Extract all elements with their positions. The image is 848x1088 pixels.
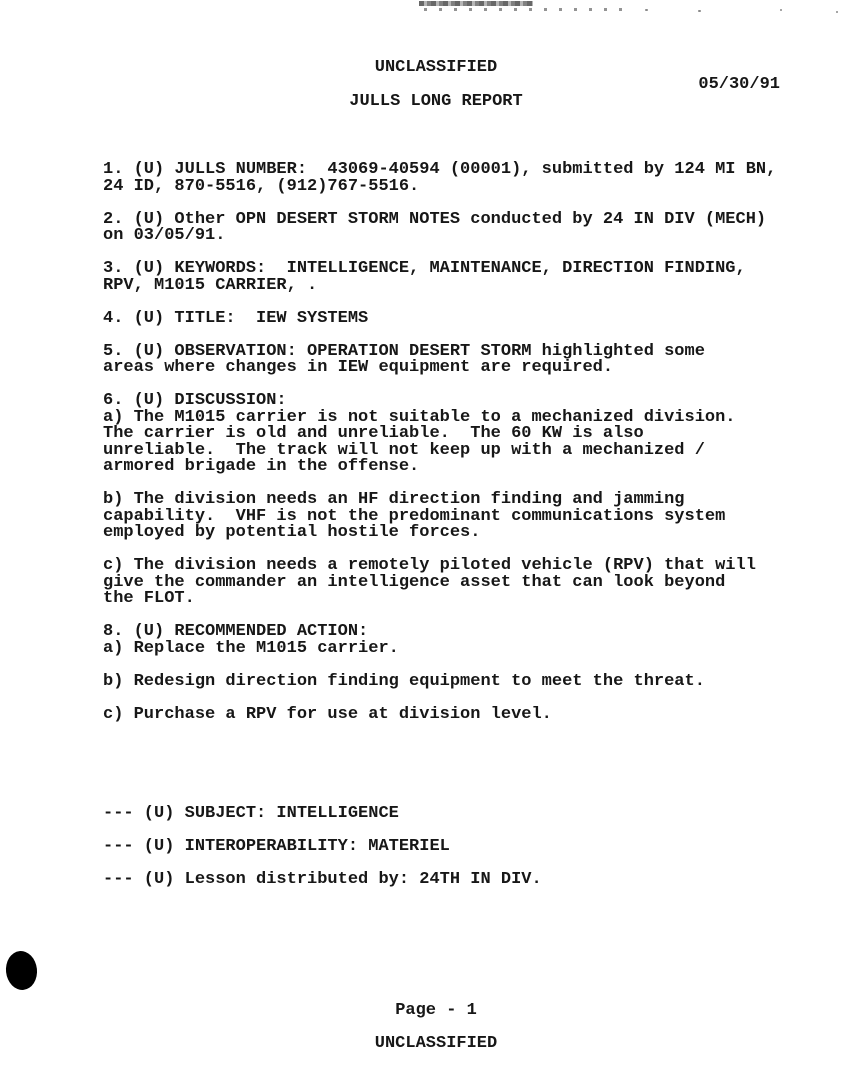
paragraph: 6. (U) DISCUSSION:a) The M1015 carrier i… <box>103 393 803 476</box>
report-title: JULLS LONG REPORT <box>97 94 775 111</box>
document-line: RPV, M1015 CARRIER, . <box>103 278 803 295</box>
document-body: 1. (U) JULLS NUMBER: 43069-40594 (00001)… <box>103 129 803 938</box>
paragraph: 5. (U) OBSERVATION: OPERATION DESERT STO… <box>103 344 803 377</box>
document-line: a) Replace the M1015 carrier. <box>103 641 803 658</box>
paragraph: c) The division needs a remotely piloted… <box>103 558 803 608</box>
paragraph: --- (U) Lesson distributed by: 24TH IN D… <box>103 872 803 889</box>
paragraph: 3. (U) KEYWORDS: INTELLIGENCE, MAINTENAN… <box>103 261 803 294</box>
document-line: on 03/05/91. <box>103 228 803 245</box>
document-line: b) Redesign direction finding equipment … <box>103 674 803 691</box>
paragraph: c) Purchase a RPV for use at division le… <box>103 707 803 724</box>
document-line: --- (U) Lesson distributed by: 24TH IN D… <box>103 872 803 889</box>
document-line: employed by potential hostile forces. <box>103 525 803 542</box>
document-line: --- (U) INTEROPERABILITY: MATERIEL <box>103 839 803 856</box>
scan-speck <box>836 11 838 13</box>
document-line: give the commander an intelligence asset… <box>103 575 803 592</box>
paragraph: --- (U) SUBJECT: INTELLIGENCE <box>103 806 803 823</box>
scan-speck <box>645 9 648 11</box>
document-line: 4. (U) TITLE: IEW SYSTEMS <box>103 311 803 328</box>
page-number: Page - 1 <box>97 1003 775 1020</box>
paragraph: 2. (U) Other OPN DESERT STORM NOTES cond… <box>103 212 803 245</box>
scanned-document-page: UNCLASSIFIED 05/30/91 JULLS LONG REPORT … <box>0 0 848 1088</box>
report-paragraphs: 1. (U) JULLS NUMBER: 43069-40594 (00001)… <box>103 162 803 723</box>
document-line: --- (U) SUBJECT: INTELLIGENCE <box>103 806 803 823</box>
classification-header: UNCLASSIFIED <box>97 60 775 77</box>
distribution-lines: --- (U) SUBJECT: INTELLIGENCE--- (U) INT… <box>103 806 803 889</box>
paragraph: b) Redesign direction finding equipment … <box>103 674 803 691</box>
document-line: 24 ID, 870-5516, (912)767-5516. <box>103 179 803 196</box>
paragraph: 4. (U) TITLE: IEW SYSTEMS <box>103 311 803 328</box>
classification-footer: UNCLASSIFIED <box>97 1036 775 1053</box>
document-line: c) Purchase a RPV for use at division le… <box>103 707 803 724</box>
paragraph: 1. (U) JULLS NUMBER: 43069-40594 (00001)… <box>103 162 803 195</box>
paragraph: b) The division needs an HF direction fi… <box>103 492 803 542</box>
scan-speck <box>780 9 782 11</box>
scan-speck <box>698 10 701 12</box>
paragraph: 8. (U) RECOMMENDED ACTION:a) Replace the… <box>103 624 803 657</box>
document-line: armored brigade in the offense. <box>103 459 803 476</box>
hole-punch-mark <box>4 949 39 991</box>
scan-smudge-artifact <box>419 1 533 6</box>
document-line: areas where changes in IEW equipment are… <box>103 360 803 377</box>
document-line: the FLOT. <box>103 591 803 608</box>
scan-smudge-dots-artifact <box>424 8 624 11</box>
paragraph: --- (U) INTEROPERABILITY: MATERIEL <box>103 839 803 856</box>
